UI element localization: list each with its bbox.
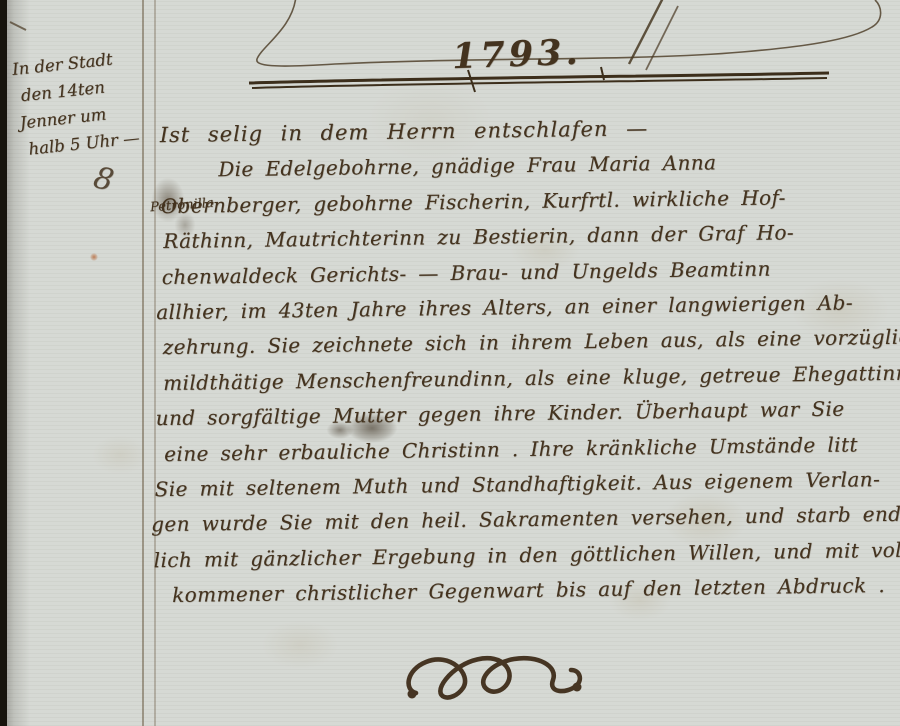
manuscript-page: 1793. In der Stadt den 14ten Jenner um h… (0, 0, 900, 726)
book-binding-edge (0, 0, 7, 726)
year-heading: 1793. (451, 32, 582, 77)
entry-text: Ist selig in dem Herrn entschlafen — Die… (160, 113, 892, 619)
margin-note: In der Stadt den 14ten Jenner um halb 5 … (11, 40, 171, 163)
